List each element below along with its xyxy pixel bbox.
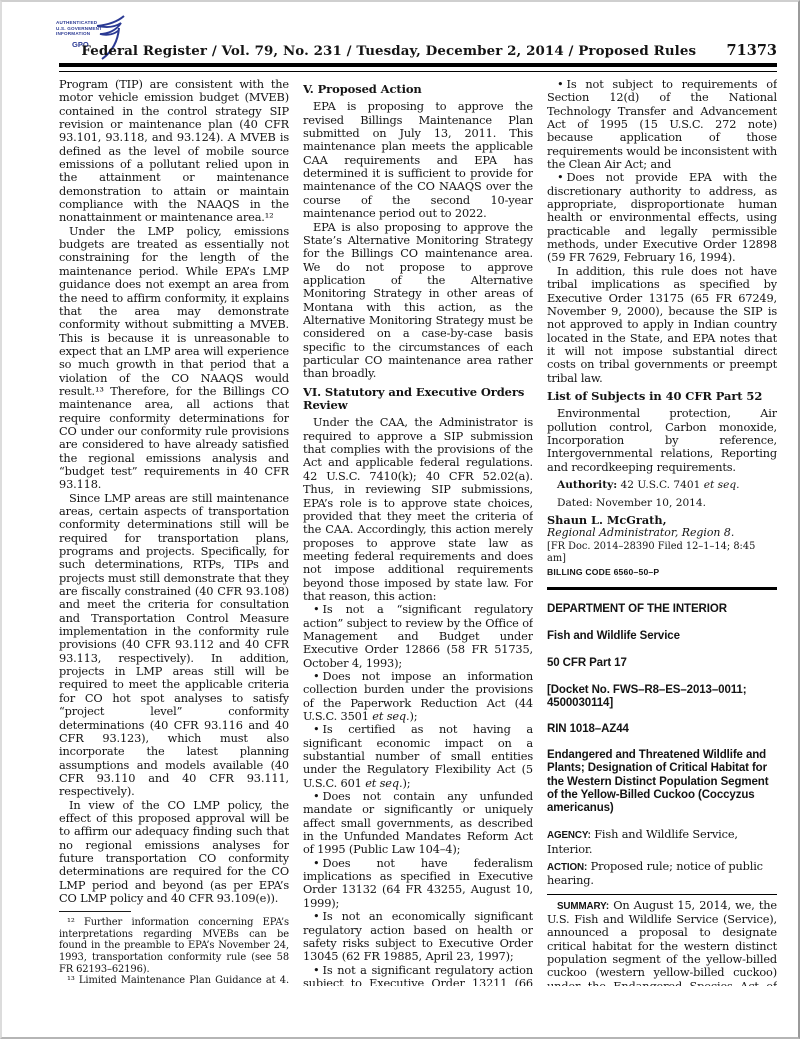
bullet-text: Does not provide EPA with the discretion… xyxy=(547,170,777,264)
bullet-icon: • xyxy=(313,963,320,977)
bullet-text: Is not a “significant regulatory action”… xyxy=(303,602,533,669)
bullet-icon: • xyxy=(313,909,320,923)
paragraph: In view of the CO LMP policy, the effect… xyxy=(59,799,289,906)
dated-line: Dated: November 10, 2014. xyxy=(547,497,777,509)
department-heading: DEPARTMENT OF THE INTERIOR xyxy=(547,603,777,616)
paragraph: Environmental protection, Air pollution … xyxy=(547,407,777,474)
federal-register-page: AUTHENTICATED U.S. GOVERNMENT INFORMATIO… xyxy=(0,0,800,1039)
authority-label: Authority: xyxy=(557,479,617,491)
bullet-text: Is not subject to requirements of Sectio… xyxy=(547,78,777,171)
summary-label: SUMMARY: xyxy=(557,901,609,912)
running-head: Federal Register / Vol. 79, No. 231 / Tu… xyxy=(59,42,777,59)
bullet-icon: • xyxy=(313,856,320,870)
action-line: ACTION: Proposed rule; notice of public … xyxy=(547,860,777,888)
section-heading-v: V. Proposed Action xyxy=(303,83,533,96)
section-heading-vi: VI. Statutory and Executive Orders Revie… xyxy=(303,386,533,413)
bullet-text: Does not contain any unfunded mandate or… xyxy=(303,789,533,856)
fr-doc-line: [FR Doc. 2014–28390 Filed 12–1–14; 8:45 … xyxy=(547,541,777,564)
column-1: Program (TIP) are consistent with the mo… xyxy=(59,78,289,986)
page-number: 71373 xyxy=(727,42,777,59)
bullet-icon: • xyxy=(557,78,564,91)
list-of-subjects-heading: List of Subjects in 40 CFR Part 52 xyxy=(547,390,777,403)
bullet-text: Does not have federalism implications as… xyxy=(303,856,533,910)
bullet-item: •Does not impose an information collecti… xyxy=(303,670,533,723)
bullet-text: Is certified as not having a significant… xyxy=(303,722,533,789)
bullet-text: Is not an economically significant regul… xyxy=(303,909,533,963)
bullet-item: •Is not subject to requirements of Secti… xyxy=(547,78,777,171)
document-separator-rule xyxy=(547,587,777,590)
bullet-item: •Is certified as not having a significan… xyxy=(303,723,533,790)
bullet-item: •Does not have federalism implications a… xyxy=(303,857,533,910)
service-heading: Fish and Wildlife Service xyxy=(547,630,777,643)
rule-subject-heading: Endangered and Threatened Wildlife and P… xyxy=(547,749,777,815)
bullet-icon: • xyxy=(313,722,320,736)
bullet-item: •Is not a “significant regulatory action… xyxy=(303,603,533,670)
billing-code: BILLING CODE 6560–50–P xyxy=(547,567,777,577)
running-head-title: Federal Register / Vol. 79, No. 231 / Tu… xyxy=(59,43,719,59)
paragraph: Since LMP areas are still maintenance ar… xyxy=(59,492,289,799)
footnote-13: ¹³ Limited Maintenance Plan Guidance at … xyxy=(59,975,289,986)
footnote-block: ¹² Further information concerning EPA’s … xyxy=(59,905,289,986)
bullet-item: •Does not provide EPA with the discretio… xyxy=(547,171,777,264)
footnote-separator-rule xyxy=(59,911,131,912)
bullet-icon: • xyxy=(313,669,320,683)
paragraph: EPA is proposing to approve the revised … xyxy=(303,100,533,220)
paragraph: EPA is also proposing to approve the Sta… xyxy=(303,221,533,381)
header-thick-rule xyxy=(59,63,777,67)
bullet-text: Is not a significant regulatory action s… xyxy=(303,963,533,986)
signer-name: Shaun L. McGrath, xyxy=(547,514,777,527)
rin-number: RIN 1018–AZ44 xyxy=(547,723,777,736)
summary-separator-rule xyxy=(547,894,777,895)
cfr-part-heading: 50 CFR Part 17 xyxy=(547,657,777,670)
footnote-12: ¹² Further information concerning EPA’s … xyxy=(59,917,289,975)
paragraph: Program (TIP) are consistent with the mo… xyxy=(59,78,289,225)
bullet-icon: • xyxy=(313,789,320,803)
docket-number: [Docket No. FWS–R8–ES–2013–0011; 4500030… xyxy=(547,684,777,710)
bullet-item: •Is not a significant regulatory action … xyxy=(303,964,533,986)
three-column-body: Program (TIP) are consistent with the mo… xyxy=(59,78,777,986)
column-2: V. Proposed Action EPA is proposing to a… xyxy=(303,78,533,986)
action-label: ACTION: xyxy=(547,862,587,873)
bullet-item: •Does not contain any unfunded mandate o… xyxy=(303,790,533,857)
agency-label: AGENCY: xyxy=(547,830,591,841)
signer-title: Regional Administrator, Region 8. xyxy=(547,527,777,540)
column-3: •Is not subject to requirements of Secti… xyxy=(547,78,777,986)
paragraph: Under the CAA, the Administrator is requ… xyxy=(303,416,533,603)
header-thin-rule xyxy=(59,71,777,72)
bullet-icon: • xyxy=(313,602,320,616)
authority-line: Authority: 42 U.S.C. 7401 et seq. xyxy=(547,479,777,491)
bullet-item: •Is not an economically significant regu… xyxy=(303,910,533,963)
bullet-icon: • xyxy=(557,170,564,184)
summary-paragraph: SUMMARY: On August 15, 2014, we, the U.S… xyxy=(547,899,777,986)
agency-line: AGENCY: Fish and Wildlife Service, Inter… xyxy=(547,828,777,856)
paragraph: In addition, this rule does not have tri… xyxy=(547,265,777,385)
bullet-text: Does not impose an information collectio… xyxy=(303,669,533,723)
paragraph: Under the LMP policy, emissions budgets … xyxy=(59,225,289,492)
